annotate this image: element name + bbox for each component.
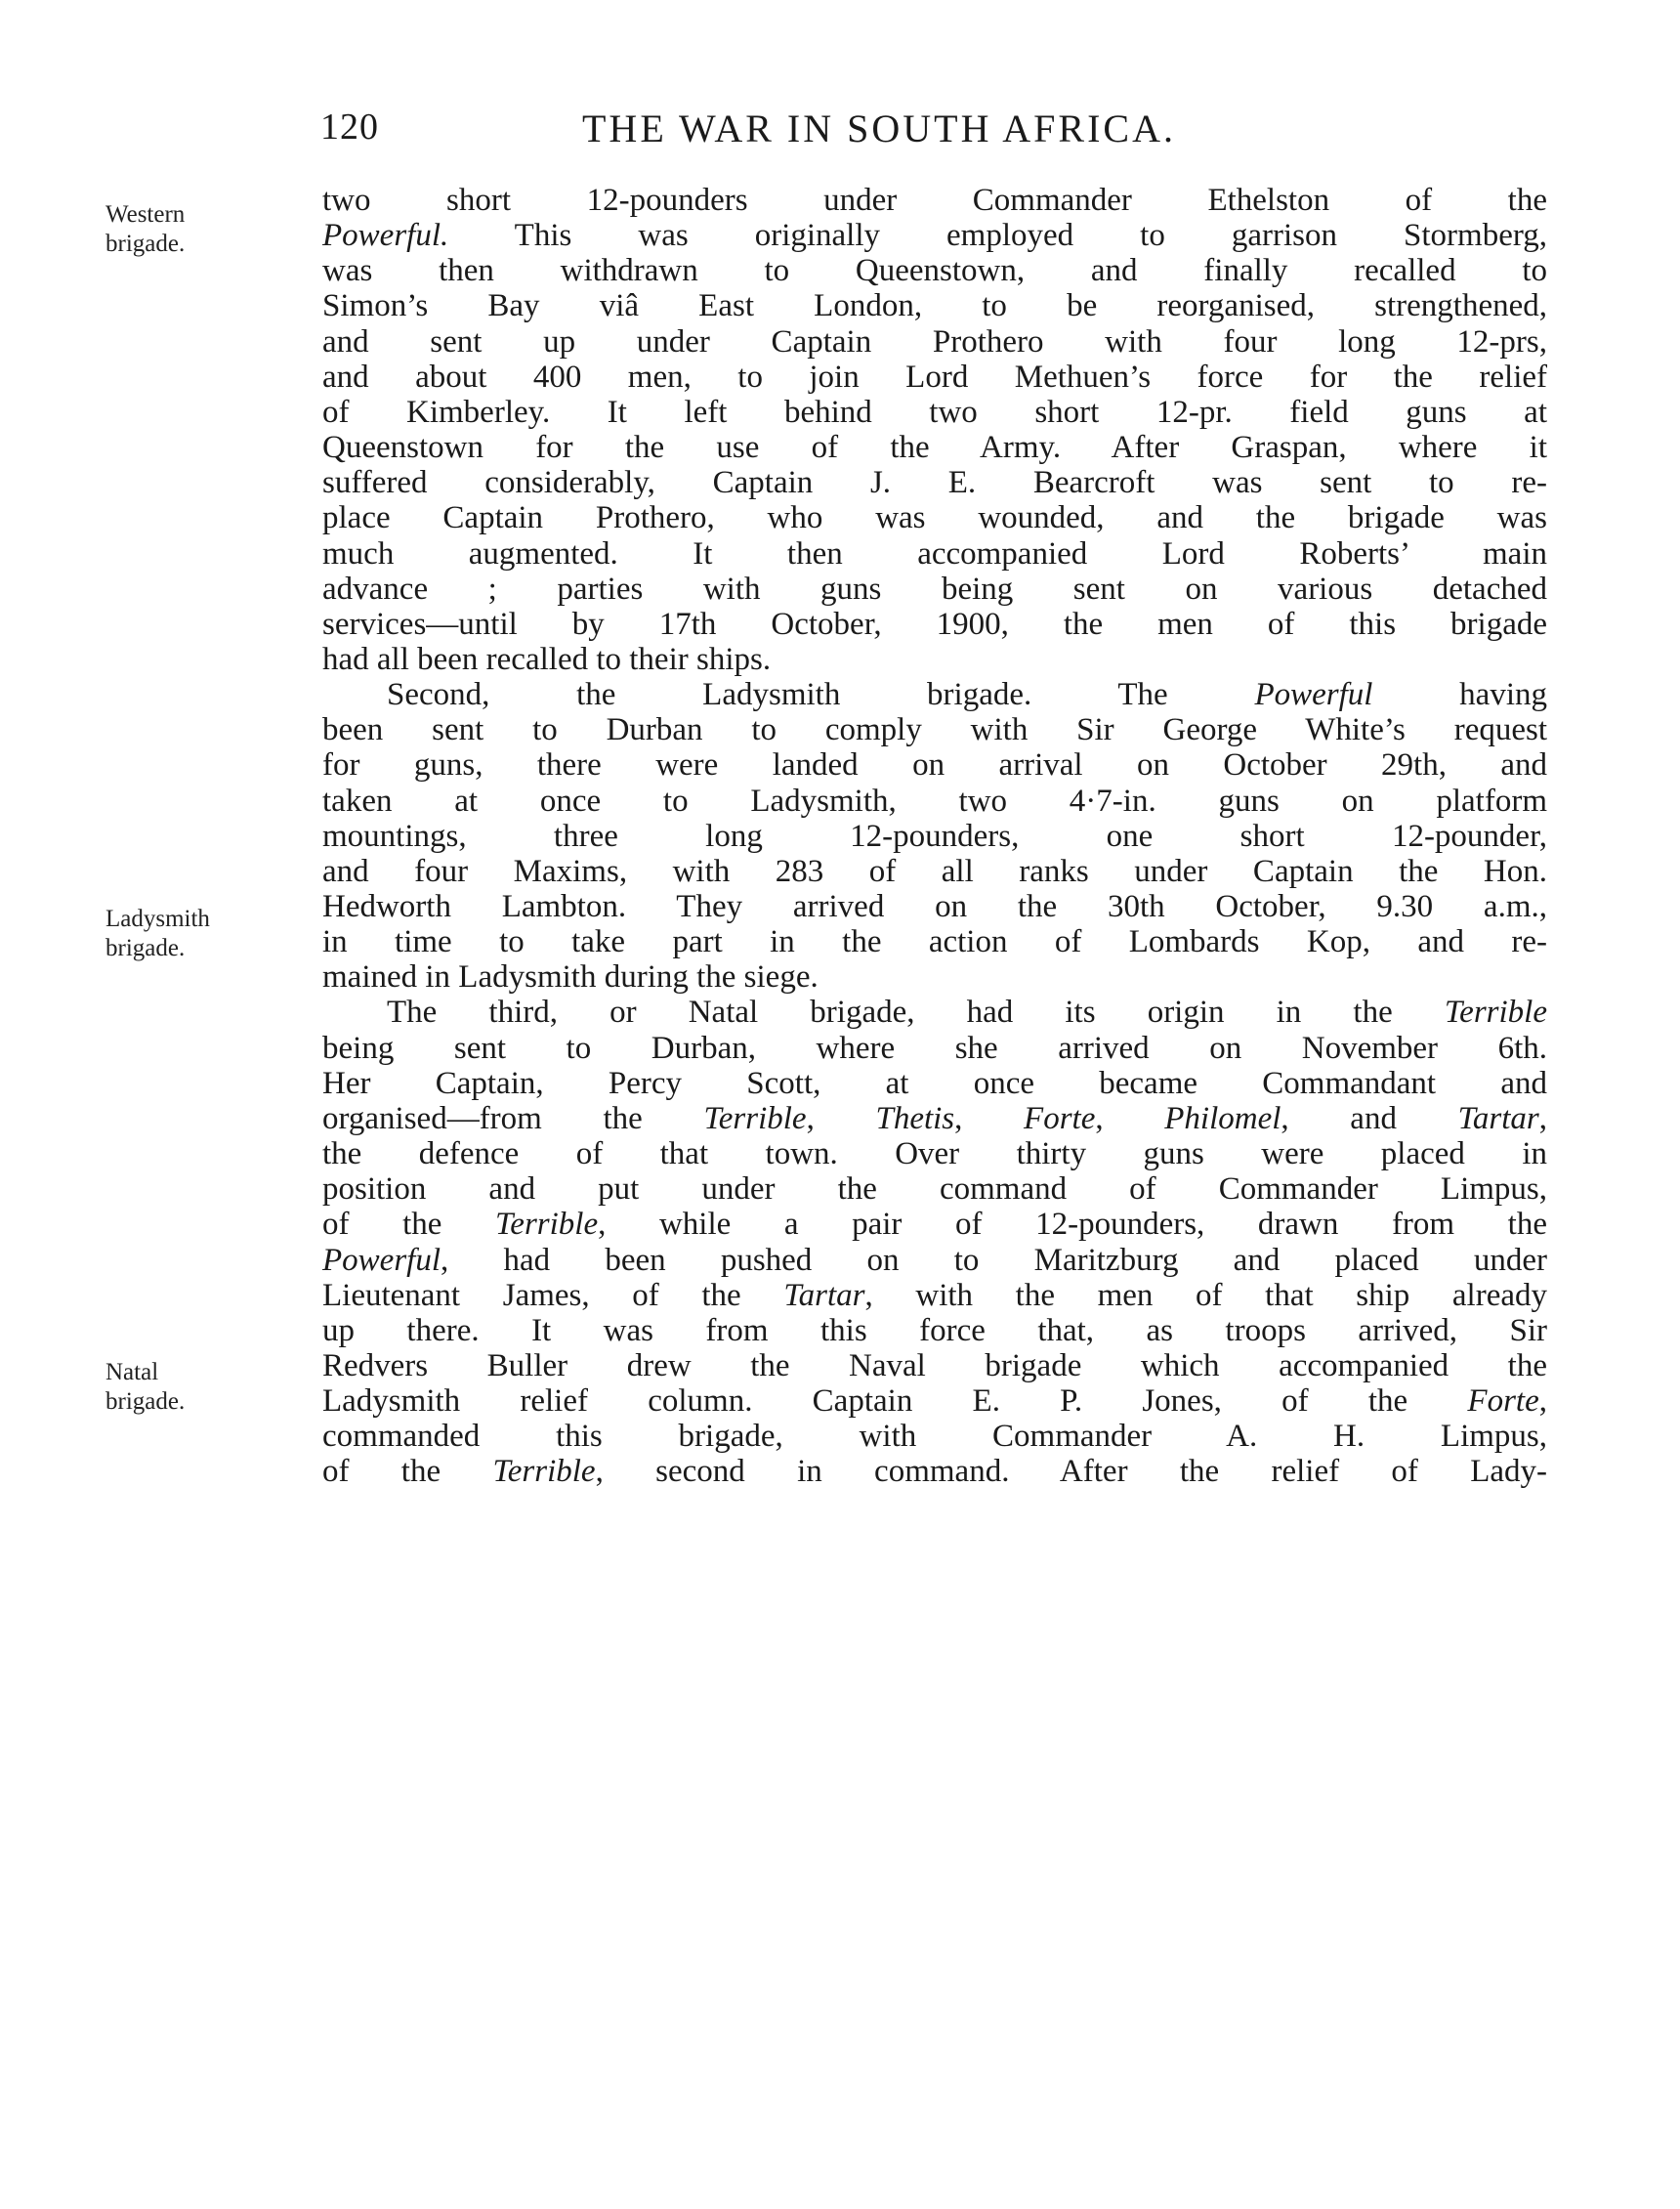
text-line: up there. It was from this force that, a… — [322, 1311, 1547, 1350]
text-line: was then withdrawn to Queenstown, and fi… — [322, 251, 1547, 290]
text-line: organised—from the Terrible, Thetis, For… — [322, 1099, 1547, 1138]
text-line: taken at once to Ladysmith, two 4·7-in. … — [322, 782, 1547, 821]
text-line: Ladysmith relief column. Captain E. P. J… — [322, 1381, 1547, 1421]
text-line: Simon’s Bay viâ East London, to be reorg… — [322, 286, 1547, 325]
text-line: advance ; parties with guns being sent o… — [322, 570, 1547, 609]
text-line: Her Captain, Percy Scott, at once became… — [322, 1064, 1547, 1103]
text-line: and sent up under Captain Prothero with … — [322, 322, 1547, 361]
text-line: and about 400 men, to join Lord Methuen’… — [322, 358, 1547, 397]
text-line: mountings, three long 12-pounders, one s… — [322, 817, 1547, 856]
sidenote-line: brigade. — [105, 230, 185, 259]
text-line: Lieutenant James, of the Tartar, with th… — [322, 1276, 1547, 1315]
text-line: suffered considerably, Captain J. E. Bea… — [322, 463, 1547, 502]
sidenote-natal-brigade: Natal brigade. — [105, 1358, 185, 1417]
text-line: much augmented. It then accompanied Lord… — [322, 534, 1547, 573]
text-line: position and put under the command of Co… — [322, 1169, 1547, 1209]
text-line: Powerful, had been pushed on to Maritzbu… — [322, 1241, 1547, 1280]
sidenote-line: Ladysmith — [105, 905, 210, 934]
text-line: Hedworth Lambton. They arrived on the 30… — [322, 887, 1547, 926]
text-line: services—until by 17th October, 1900, th… — [322, 605, 1547, 644]
sidenote-line: Western — [105, 200, 185, 230]
page-number: 120 — [320, 106, 379, 149]
text-line: in time to take part in the action of Lo… — [322, 922, 1547, 961]
sidenote-western-brigade: Western brigade. — [105, 200, 185, 259]
text-line: and four Maxims, with 283 of all ranks u… — [322, 852, 1547, 891]
page-header: 120 THE WAR IN SOUTH AFRICA. — [320, 106, 1297, 164]
text-line: being sent to Durban, where she arrived … — [322, 1029, 1547, 1068]
text-line: for guns, there were landed on arrival o… — [322, 745, 1547, 785]
sidenote-line: brigade. — [105, 1387, 185, 1417]
sidenote-line: brigade. — [105, 934, 210, 963]
sidenote-line: Natal — [105, 1358, 185, 1387]
text-line: of Kimberley. It left behind two short 1… — [322, 393, 1547, 432]
text-line: of the Terrible, second in command. Afte… — [322, 1452, 1547, 1491]
text-line: place Captain Prothero, who was wounded,… — [322, 498, 1547, 537]
running-title: THE WAR IN SOUTH AFRICA. — [582, 106, 1176, 151]
book-page: 120 THE WAR IN SOUTH AFRICA. Western bri… — [0, 0, 1680, 2209]
text-line: Second, the Ladysmith brigade. The Power… — [322, 675, 1547, 714]
text-line: two short 12-pounders under Commander Et… — [322, 181, 1547, 220]
text-line: Queenstown for the use of the Army. Afte… — [322, 428, 1547, 467]
text-line: The third, or Natal brigade, had its ori… — [322, 993, 1547, 1032]
text-line: Redvers Buller drew the Naval brigade wh… — [322, 1346, 1547, 1385]
sidenote-ladysmith-brigade: Ladysmith brigade. — [105, 905, 210, 963]
text-line: commanded this brigade, with Commander A… — [322, 1417, 1547, 1456]
text-line: mained in Ladysmith during the siege. — [322, 957, 1547, 997]
text-line: Powerful. This was originally employed t… — [322, 216, 1547, 255]
text-line: of the Terrible, while a pair of 12-poun… — [322, 1205, 1547, 1244]
text-line: been sent to Durban to comply with Sir G… — [322, 710, 1547, 749]
text-line: the defence of that town. Over thirty gu… — [322, 1134, 1547, 1173]
text-line: had all been recalled to their ships. — [322, 640, 1547, 679]
